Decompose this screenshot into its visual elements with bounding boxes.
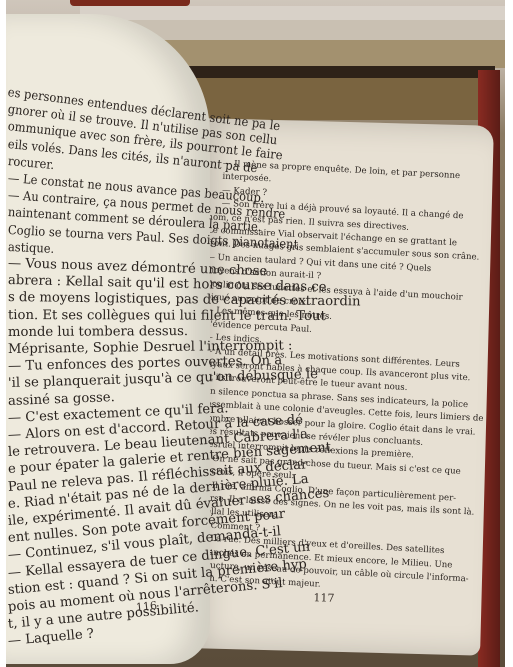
- page-number-right: 117: [313, 591, 334, 605]
- text-line: astique.: [8, 239, 55, 256]
- left-page: 116 es personnes entendues déclarent soi…: [6, 14, 210, 664]
- background-book-1: [80, 6, 505, 20]
- image-border-right: [505, 0, 513, 667]
- text-line: tion. Et ses collègues qui lui filent le…: [8, 308, 326, 324]
- text-line: rocurer.: [7, 153, 55, 172]
- text-line: s de moyens logistiques, pas de capacité…: [8, 290, 361, 309]
- background-book-spine: [180, 66, 495, 78]
- text-line: monde lui tombera dessus.: [8, 324, 188, 340]
- text-line: assiné sa gosse.: [8, 390, 115, 409]
